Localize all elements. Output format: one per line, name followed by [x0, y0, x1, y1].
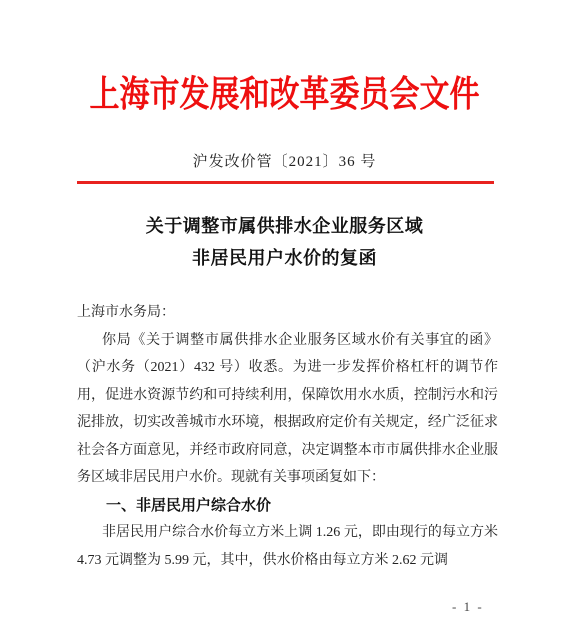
document-body: 上海市水务局： 你局《关于调整市属供排水企业服务区域水价有关事宜的函》（沪水务（… [77, 299, 498, 574]
document-title-line2: 非居民用户水价的复函 [192, 248, 377, 268]
doc-number: 沪发改价管〔2021〕36 号 [0, 151, 569, 173]
section-1-heading: 一、非居民用户综合水价 [77, 492, 498, 520]
document-title: 关于调整市属供排水企业服务区域 非居民用户水价的复函 [0, 210, 569, 274]
org-header-title: 上海市发展和改革委员会文件 [90, 67, 480, 122]
org-header: 上海市发展和改革委员会文件 [0, 72, 569, 118]
page-number: - 1 - [452, 599, 484, 615]
document-title-line1: 关于调整市属供排水企业服务区域 [146, 216, 424, 236]
salutation: 上海市水务局： [77, 299, 498, 327]
paragraph-2: 非居民用户综合水价每立方米上调 1.26 元，即由现行的每立方米 4.73 元调… [77, 519, 498, 574]
header-divider-line [77, 181, 494, 184]
paragraph-1: 你局《关于调整市属供排水企业服务区域水价有关事宜的函》（沪水务（2021）432… [77, 327, 498, 492]
document-page: 上海市发展和改革委员会文件 沪发改价管〔2021〕36 号 关于调整市属供排水企… [0, 0, 569, 624]
